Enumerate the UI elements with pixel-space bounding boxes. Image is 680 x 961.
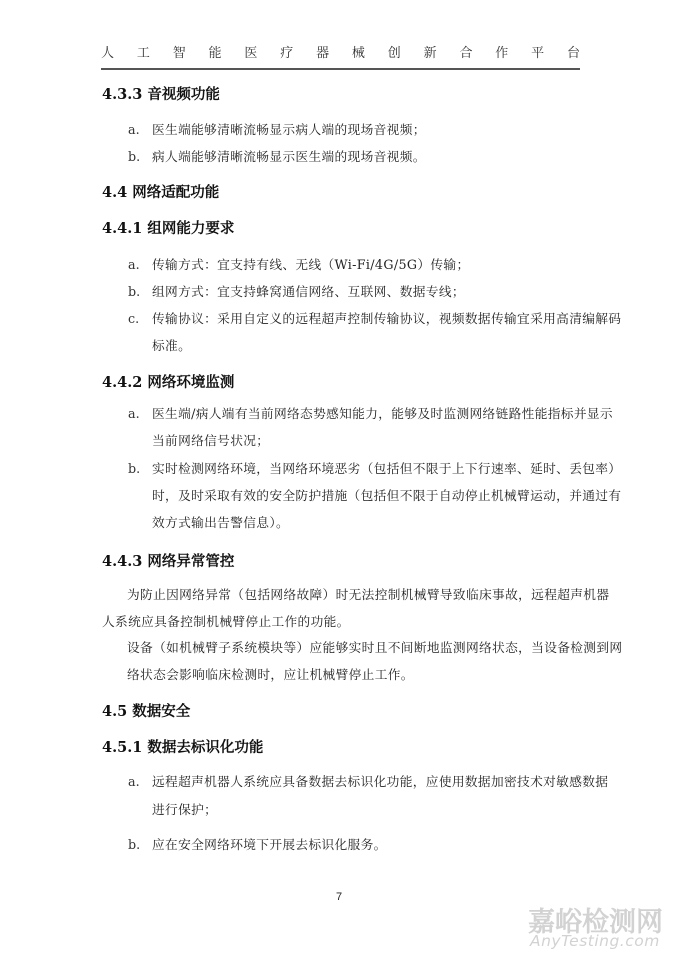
list-label: a. <box>128 121 140 139</box>
list-item-text: 远程超声机器人系统应具备数据去标识化功能，应使用数据加密技术对敏感数据 <box>152 773 608 791</box>
list-label: b. <box>128 148 140 166</box>
list-item-text-continued: 效方式输出告警信息）。 <box>152 514 289 532</box>
paragraph-line: 为防止因网络异常（包括网络故障）时无法控制机械臂导致临床事故，远程超声机器 <box>127 586 609 604</box>
header-char: 作 <box>495 46 508 62</box>
list-item-text: 医生端能够清晰流畅显示病人端的现场音视频； <box>152 121 426 139</box>
list-item-text: 传输协议：采用自定义的远程超声控制传输协议，视频数据传输宜采用高清编解码 <box>152 310 621 328</box>
list-item-text: 组网方式：宜支持蜂窝通信网络、互联网、数据专线； <box>152 283 465 301</box>
list-label: b. <box>128 836 140 854</box>
heading-4-5-1: 4.5.1 数据去标识化功能 <box>102 739 263 757</box>
paragraph-line: 络状态会影响临床检测时，应让机械臂停止工作。 <box>127 666 414 684</box>
header-char: 台 <box>567 46 580 62</box>
list-item-text: 传输方式：宜支持有线、无线（Wi-Fi/4G/5G）传输； <box>152 256 470 274</box>
header-char: 能 <box>209 46 222 62</box>
list-item-text: 实时检测网络环境，当网络环境恶劣（包括但不限于上下行速率、延时、丢包率） <box>152 460 621 478</box>
list-item-text: 应在安全网络环境下开展去标识化服务。 <box>152 836 387 854</box>
list-item-text-continued: 时，及时采取有效的安全防护措施（包括但不限于自动停止机械臂运动，并通过有 <box>152 487 621 505</box>
page-number: 7 <box>336 891 342 903</box>
header-char: 疗 <box>280 46 293 62</box>
list-label: a. <box>128 773 140 791</box>
header-char: 平 <box>531 46 544 62</box>
list-item-text-continued: 标准。 <box>152 337 191 355</box>
heading-4-5: 4.5 数据安全 <box>102 703 190 721</box>
list-label: a. <box>128 256 140 274</box>
header-title: 人 工 智 能 医 疗 器 械 创 新 合 作 平 台 <box>101 46 580 62</box>
list-item-text-continued: 进行保护； <box>152 801 217 819</box>
page-header: 人 工 智 能 医 疗 器 械 创 新 合 作 平 台 <box>101 46 580 70</box>
paragraph-line: 设备（如机械臂子系统模块等）应能够实时且不间断地监测网络状态，当设备检测到网 <box>127 639 622 657</box>
header-char: 人 <box>101 46 114 62</box>
header-char: 器 <box>316 46 329 62</box>
heading-4-4-1: 4.4.1 组网能力要求 <box>102 220 234 238</box>
list-item-text: 病人端能够清晰流畅显示医生端的现场音视频。 <box>152 148 426 166</box>
header-char: 新 <box>424 46 437 62</box>
header-char: 智 <box>173 46 186 62</box>
header-char: 械 <box>352 46 365 62</box>
paragraph-line: 人系统应具备控制机械臂停止工作的功能。 <box>102 613 350 631</box>
heading-4-4-3: 4.4.3 网络异常管控 <box>102 553 234 571</box>
list-label: a. <box>128 405 140 423</box>
header-char: 合 <box>459 46 472 62</box>
list-label: c. <box>128 310 139 328</box>
heading-4-3-3: 4.3.3 音视频功能 <box>102 86 220 104</box>
header-char: 医 <box>244 46 257 62</box>
list-item-text-continued: 当前网络信号状况； <box>152 432 269 450</box>
heading-4-4-2: 4.4.2 网络环境监测 <box>102 374 234 392</box>
header-char: 创 <box>388 46 401 62</box>
list-item-text: 医生端/病人端有当前网络态势感知能力，能够及时监测网络链路性能指标并显示 <box>152 405 613 423</box>
watermark-en: AnyTesting.com <box>530 932 660 950</box>
list-label: b. <box>128 283 140 301</box>
list-label: b. <box>128 460 140 478</box>
header-char: 工 <box>137 46 150 62</box>
heading-4-4: 4.4 网络适配功能 <box>102 184 219 202</box>
